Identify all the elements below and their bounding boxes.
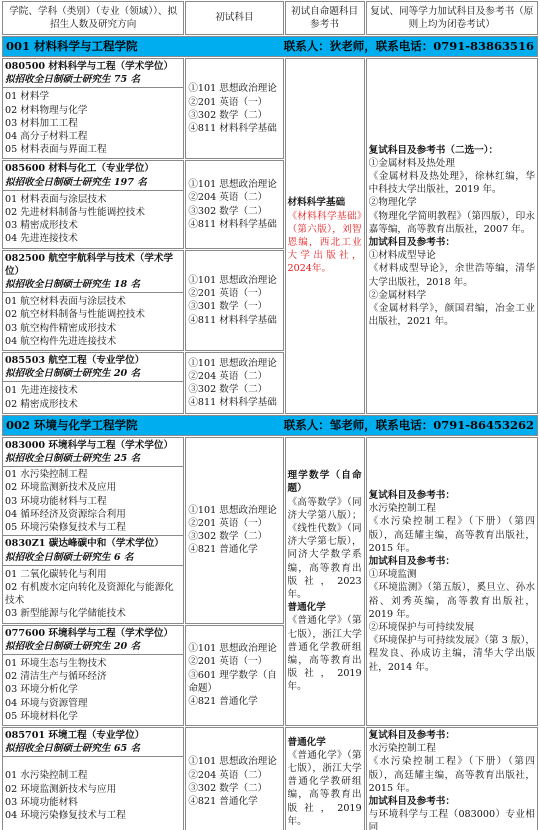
major-header: 085600 材料与化工（专业学位） 拟招收全日制硕士研究生 197 名 (3, 161, 183, 190)
exam-item: ①101 思想政治理论 (188, 642, 280, 655)
reference-title: 材料科学基础 (288, 196, 362, 209)
header-retest: 复试、同等学力加试科目及参考书（原则上均为闭卷考试） (366, 1, 538, 35)
direction-item: 02 环境监测新技术及应用 (5, 481, 181, 494)
direction-item: 02 航空材料制备与性能调控技术 (5, 308, 181, 321)
major-cell: 077600 环境科学与工程（学术学位） 拟招收全日制硕士研究生 20 名 01… (2, 625, 184, 726)
major-header: 085503 航空工程（专业学位） 拟招收全日制硕士研究生 20 名 (3, 353, 183, 382)
major-title: 085701 环境工程（专业学位） (5, 730, 144, 741)
direction-item: 03 新型能源与化学储能技术 (5, 607, 181, 620)
direction-item: 01 材料学 (5, 90, 181, 103)
major-quota: 拟招收全日制硕士研究生 75 名 (5, 73, 181, 86)
major-quota: 拟招收全日制硕士研究生 20 名 (5, 367, 181, 380)
exam-item: ②201 英语（一） (188, 287, 280, 300)
admissions-table: 学院、学科（类别）（专业（领域））、拟招生人数及研究方向 初试科目 初试自命题科… (1, 0, 539, 830)
major-title: 083000 环境科学与工程（学术学位） (5, 440, 173, 451)
direction-list: 01 水污染控制工程 02 环境监测新技术及应用 03 环境功能材料与工程 04… (3, 467, 183, 536)
header-exam-subjects: 初试科目 (185, 1, 283, 35)
retest-item: 水污染控制工程 (369, 742, 535, 755)
exam-item: ③601 理学数学（自命题） (188, 669, 280, 695)
direction-item: 03 材料加工工程 (5, 117, 181, 130)
exam-item: ④811 材料科学基础 (188, 122, 280, 135)
college-row-001: 001 材料科学与工程学院 联系人：狄老师，联系电话：0791-83863516 (2, 36, 538, 57)
retest-cell: 复试科目及参考书： 水污染控制工程 《水污染控制工程》（下册）（第四版），高廷耀… (366, 727, 538, 830)
direction-item: 01 材料表面与涂层技术 (5, 193, 181, 206)
direction-item: 05 材料表面与界面工程 (5, 143, 181, 156)
retest-item: 水污染控制工程 (369, 502, 535, 515)
direction-item: 03 精密成形技术 (5, 219, 181, 232)
exam-item: ①101 思想政治理论 (188, 357, 280, 370)
exam-subjects: ①101 思想政治理论 ②201 英语（一） ③601 理学数学（自命题） ④8… (185, 625, 283, 726)
exam-item: ②204 英语（二） (188, 769, 280, 782)
extra-test-heading: 加试科目及参考书： (369, 795, 535, 808)
major-quota: 拟招收全日制硕士研究生 18 名 (5, 278, 181, 291)
extra-test-heading: 加试科目及参考书： (369, 555, 535, 568)
major-title: 077600 环境科学与工程（学术学位） (5, 628, 173, 639)
direction-item: 01 二氧化碳转化与利用 (5, 568, 181, 581)
header-college-major: 学院、学科（类别）（专业（领域））、拟招生人数及研究方向 (2, 1, 184, 35)
reference-book-cell: 材料科学基础 《材料科学基础》（第六版），刘智恩编，西北工业大学出版社，2024… (285, 58, 365, 414)
reference-text: 《普通化学》（第七版），浙江大学普通化学教研组编，高等教育出版社，2019 年。 (288, 614, 362, 693)
exam-item: ②201 英语（一） (188, 517, 280, 530)
exam-item: ③302 数学（二） (188, 383, 280, 396)
major-title: 080500 材料科学与工程（学术学位） (5, 61, 173, 72)
major-header: 077600 环境科学与工程（学术学位） 拟招收全日制硕士研究生 20 名 (3, 626, 183, 655)
reference-title: 理学数学（自命题） (288, 469, 362, 495)
exam-subjects: ①101 思想政治理论 ②204 英语（二） ③302 数学（二） ④811 材… (185, 352, 283, 414)
extra-test-item: 《金属材料学》，颜国君编，冶金工业出版社，2021 年。 (369, 302, 535, 328)
retest-heading: 复试科目及参考书： (369, 729, 535, 742)
exam-item: ④821 普通化学 (188, 543, 280, 556)
reference-title: 普通化学 (288, 736, 362, 749)
exam-item: ①101 思想政治理论 (188, 504, 280, 517)
direction-item: 04 循环经济及资源综合利用 (5, 508, 181, 521)
major-cell: 085600 材料与化工（专业学位） 拟招收全日制硕士研究生 197 名 01 … (2, 160, 184, 248)
header-reference-books: 初试自命题科目参考书 (285, 1, 365, 35)
college-name: 002 环境与化学工程学院 (6, 419, 138, 432)
direction-item: 03 航空构件精密成形技术 (5, 322, 181, 335)
major-quota: 拟招收全日制硕士研究生 6 名 (5, 551, 181, 564)
extra-test-item: 《环境保护与可持续发展》（第 3 版），程发良、孙成访主编，清华大学出版社，20… (369, 634, 535, 674)
reference-title: 普通化学 (288, 601, 362, 614)
exam-item: ③302 数学（二） (188, 530, 280, 543)
direction-item: 01 水污染控制工程 (5, 769, 181, 782)
direction-list: 01 航空材料表面与涂层技术 02 航空材料制备与性能调控技术 03 航空构件精… (3, 293, 183, 350)
exam-item: ③302 数学（二） (188, 109, 280, 122)
exam-item: ④811 材料科学基础 (188, 396, 280, 409)
major-title: 0830Z1 碳达峰碳中和（学术学位） (5, 538, 164, 549)
direction-list: 01 二氧化碳转化与利用 02 有机废水定向转化及资源化与能源化技术 03 新型… (3, 566, 183, 623)
major-quota: 拟招收全日制硕士研究生 65 名 (5, 742, 181, 755)
direction-item: 01 环境生态与生物技术 (5, 657, 181, 670)
direction-item: 04 航空构件先进连接技术 (5, 335, 181, 348)
retest-cell: 复试科目及参考书： 水污染控制工程 《水污染控制工程》（下册）（第四版），高廷耀… (366, 437, 538, 726)
table-header-row: 学院、学科（类别）（专业（领域））、拟招生人数及研究方向 初试科目 初试自命题科… (2, 1, 538, 35)
major-cell: 083000 环境科学与工程（学术学位） 拟招收全日制硕士研究生 25 名 01… (2, 437, 184, 624)
direction-list: 01 环境生态与生物技术 02 清洁生产与循环经济 03 环境分析化学 04 环… (3, 655, 183, 725)
major-title: 085600 材料与化工（专业学位） (5, 163, 154, 174)
exam-item: ②201 英语（一） (188, 655, 280, 668)
exam-subjects: ①101 思想政治理论 ②204 英语（二） ③302 数学（二） ④821 普… (185, 727, 283, 830)
exam-item: ②201 英语（一） (188, 96, 280, 109)
direction-item: 04 环境污染修复技术与工程 (5, 809, 181, 822)
direction-item: 03 环境功能材料 (5, 796, 181, 809)
major-header: 080500 材料科学与工程（学术学位） 拟招收全日制硕士研究生 75 名 (3, 59, 183, 88)
extra-test-item: ②金属材料学 (369, 289, 535, 302)
extra-test-item: 《环境监测》（第五版），奚旦立、孙水裕、刘秀英编，高等教育出版社，2019 年。 (369, 581, 535, 621)
major-title: 085503 航空工程（专业学位） (5, 355, 144, 366)
major-header: 083000 环境科学与工程（学术学位） 拟招收全日制硕士研究生 25 名 (3, 438, 183, 467)
direction-item: 01 航空材料表面与涂层技术 (5, 295, 181, 308)
major-row: 085701 环境工程（专业学位） 拟招收全日制硕士研究生 65 名 01 水污… (2, 727, 538, 830)
direction-item: 04 高分子材料工程 (5, 130, 181, 143)
retest-item: ②物理化学 (369, 196, 535, 209)
college-contact: 联系人：狄老师，联系电话：0791-83863516 (284, 40, 534, 53)
major-cell: 080500 材料科学与工程（学术学位） 拟招收全日制硕士研究生 75 名 01… (2, 58, 184, 159)
retest-heading: 复试科目及参考书（二选一）： (369, 144, 535, 157)
reference-text: 《材料科学基础》（第六版），刘智恩编，西北工业大学出版社，2024年。 (288, 210, 362, 276)
direction-list: 01 先进连接技术 02 精密成形技术 (3, 382, 183, 412)
exam-item: ②204 英语（二） (188, 191, 280, 204)
direction-item: 05 环境污染修复技术与工程 (5, 521, 181, 534)
direction-item: 05 环境材料化学 (5, 710, 181, 723)
major-header: 085701 环境工程（专业学位） 拟招收全日制硕士研究生 65 名 (3, 728, 183, 757)
direction-item: 04 环境与资源管理 (5, 697, 181, 710)
college-contact: 联系人：邹老师，联系电话：0791-86453262 (284, 419, 534, 432)
extra-test-item: 《材料成型导论》，余世浩等编，清华大学出版社，2018 年。 (369, 262, 535, 288)
direction-item: 01 先进连接技术 (5, 384, 181, 397)
extra-test-item: ②环境保护与可持续发展 (369, 621, 535, 634)
exam-item: ①101 思想政治理论 (188, 755, 280, 768)
retest-item: 《水污染控制工程》（下册）（第四版），高廷耀主编，高等教育出版社，2015 年。 (369, 515, 535, 555)
direction-item: 02 清洁生产与循环经济 (5, 670, 181, 683)
reference-text: 《高等数学》（同济大学第八版）；《线性代数》（同济大学第七版），同济大学数学系编… (288, 496, 362, 602)
reference-book-cell: 普通化学 《普通化学》（第七版），浙江大学普通化学教研组编，高等教育出版社，20… (285, 727, 365, 830)
direction-list: 01 水污染控制工程 02 环境监测新技术与应用 03 环境功能材料 04 环境… (3, 757, 183, 830)
exam-item: ④811 材料科学基础 (188, 314, 280, 327)
direction-item: 02 环境监测新技术与应用 (5, 783, 181, 796)
retest-cell: 复试科目及参考书（二选一）： ①金属材料及热处理 《金属材料及热处理》，徐林红编… (366, 58, 538, 414)
direction-item: 02 有机废水定向转化及资源化与能源化技术 (5, 581, 181, 607)
exam-item: ①101 思想政治理论 (188, 274, 280, 287)
retest-heading: 复试科目及参考书： (369, 489, 535, 502)
exam-subjects: ①101 思想政治理论 ②201 英语（一） ③302 数学（二） ④821 普… (185, 437, 283, 624)
major-header: 0830Z1 碳达峰碳中和（学术学位） 拟招收全日制硕士研究生 6 名 (3, 536, 183, 565)
retest-item: 《金属材料及热处理》，徐林红编，华中科技大学出版社，2019 年。 (369, 170, 535, 196)
college-row-002: 002 环境与化学工程学院 联系人：邹老师，联系电话：0791-86453262 (2, 415, 538, 436)
reference-text: 《普通化学》（第七版），浙江大学普通化学教研组编，高等教育出版社，2019 年。 (288, 749, 362, 828)
exam-item: ④821 普通化学 (188, 795, 280, 808)
retest-item: 《水污染控制工程》（下册）（第四版），高廷耀主编，高等教育出版社，2015 年。 (369, 755, 535, 795)
retest-item: ①金属材料及热处理 (369, 157, 535, 170)
major-title: 082500 航空宇航科学与技术（学术学位） (5, 253, 173, 277)
major-quota: 拟招收全日制硕士研究生 25 名 (5, 452, 181, 465)
exam-item: ②204 英语（二） (188, 370, 280, 383)
retest-item: 《物理化学简明教程》（第四版），印永嘉等编，高等教育出版社，2007 年。 (369, 210, 535, 236)
major-row: 080500 材料科学与工程（学术学位） 拟招收全日制硕士研究生 75 名 01… (2, 58, 538, 159)
direction-item: 03 环境分析化学 (5, 683, 181, 696)
major-cell: 085503 航空工程（专业学位） 拟招收全日制硕士研究生 20 名 01 先进… (2, 352, 184, 414)
exam-item: ④811 材料科学基础 (188, 218, 280, 231)
major-quota: 拟招收全日制硕士研究生 20 名 (5, 640, 181, 653)
exam-subjects: ①101 思想政治理论 ②201 英语（一） ③302 数学（二） ④811 材… (185, 58, 283, 159)
exam-item: ③301 数学（一） (188, 300, 280, 313)
extra-test-item: ①环境监测 (369, 568, 535, 581)
direction-list: 01 材料学 02 材料物理与化学 03 材料加工工程 04 高分子材料工程 0… (3, 88, 183, 158)
direction-item: 03 环境功能材料与工程 (5, 495, 181, 508)
extra-test-heading: 加试科目及参考书： (369, 236, 535, 249)
major-cell: 082500 航空宇航科学与技术（学术学位） 拟招收全日制硕士研究生 18 名 … (2, 250, 184, 351)
direction-item: 01 水污染控制工程 (5, 468, 181, 481)
extra-test-item: ①材料成型导论 (369, 249, 535, 262)
exam-item: ①101 思想政治理论 (188, 178, 280, 191)
major-row: 083000 环境科学与工程（学术学位） 拟招收全日制硕士研究生 25 名 01… (2, 437, 538, 624)
major-quota: 拟招收全日制硕士研究生 197 名 (5, 176, 181, 189)
extra-test-item: 与环境科学与工程（083000）专业相同 (369, 808, 535, 830)
direction-item: 02 精密成形技术 (5, 398, 181, 411)
major-cell: 085701 环境工程（专业学位） 拟招收全日制硕士研究生 65 名 01 水污… (2, 727, 184, 830)
exam-item: ①101 思想政治理论 (188, 82, 280, 95)
reference-book-cell: 理学数学（自命题） 《高等数学》（同济大学第八版）；《线性代数》（同济大学第七版… (285, 437, 365, 726)
direction-item: 02 材料物理与化学 (5, 104, 181, 117)
major-header: 082500 航空宇航科学与技术（学术学位） 拟招收全日制硕士研究生 18 名 (3, 251, 183, 294)
direction-item: 02 先进材料制备与性能调控技术 (5, 206, 181, 219)
direction-item: 04 先进连接技术 (5, 232, 181, 245)
exam-item: ③302 数学（二） (188, 205, 280, 218)
exam-subjects: ①101 思想政治理论 ②204 英语（二） ③302 数学（二） ④811 材… (185, 160, 283, 248)
college-name: 001 材料科学与工程学院 (6, 40, 138, 53)
exam-subjects: ①101 思想政治理论 ②201 英语（一） ③301 数学（一） ④811 材… (185, 250, 283, 351)
direction-list: 01 材料表面与涂层技术 02 先进材料制备与性能调控技术 03 精密成形技术 … (3, 191, 183, 248)
exam-item: ③302 数学（二） (188, 782, 280, 795)
exam-item: ④821 普通化学 (188, 695, 280, 708)
